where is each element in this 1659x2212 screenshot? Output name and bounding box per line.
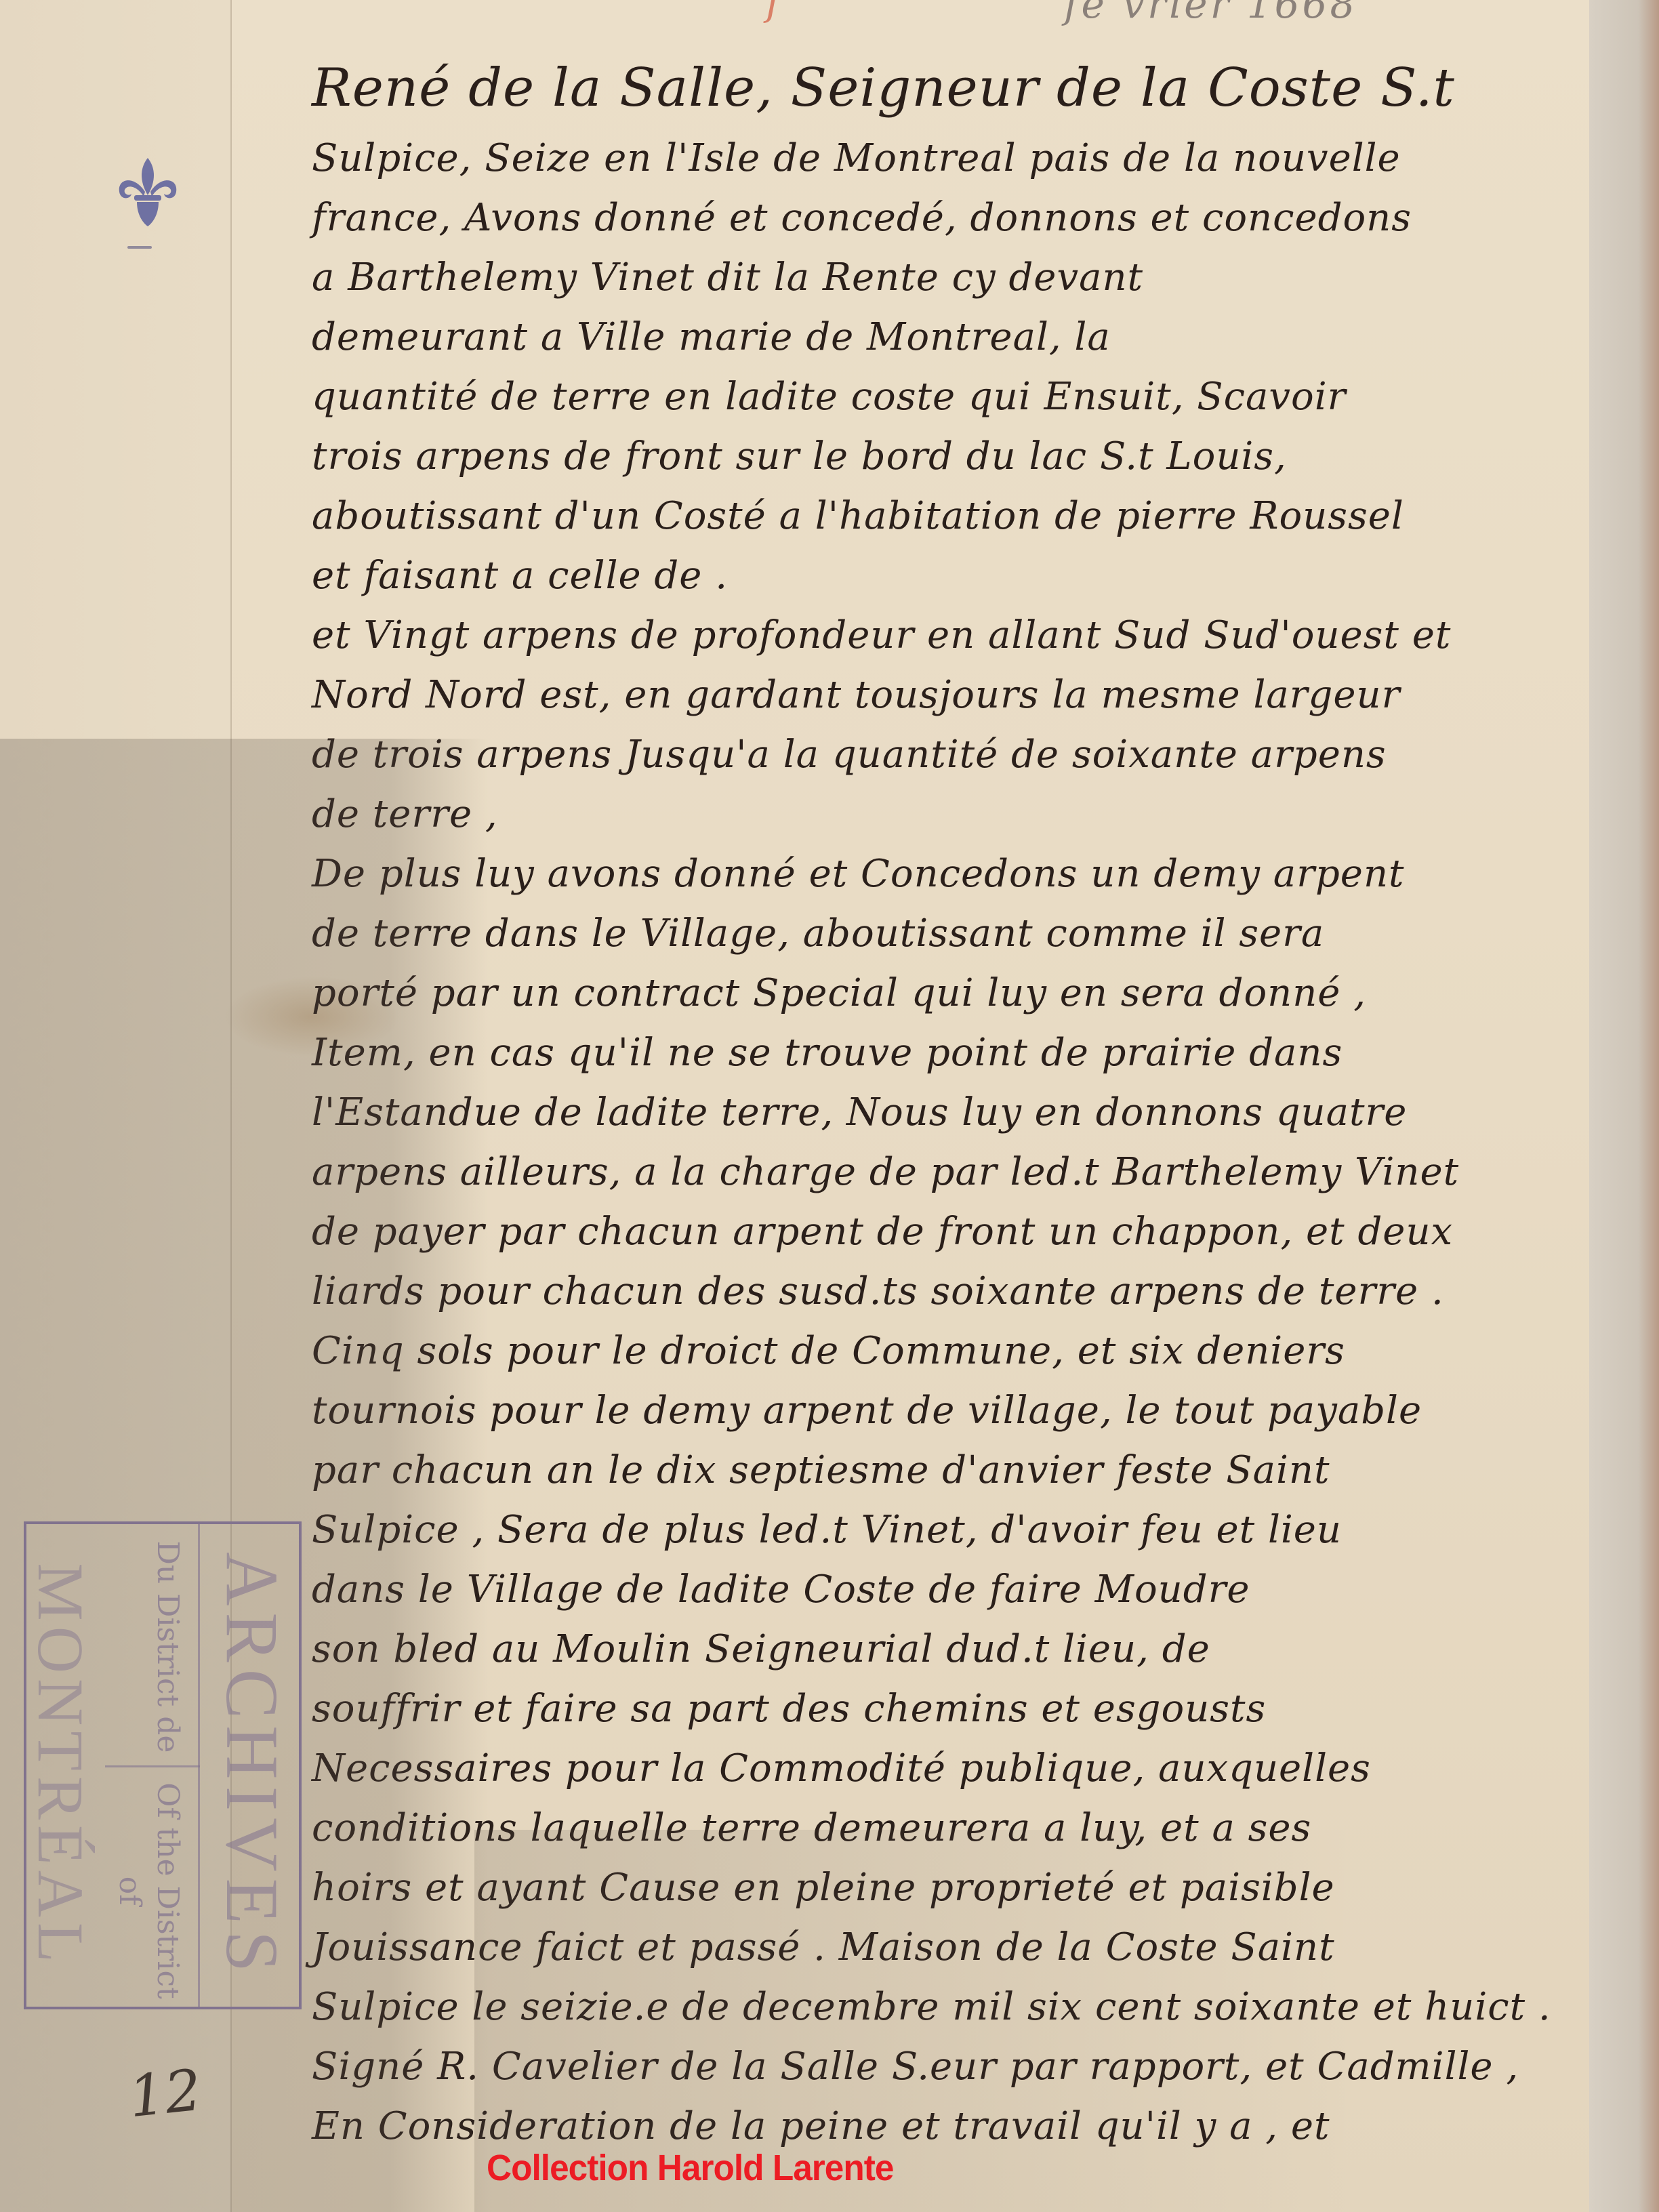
- text-line: Cinq sols pour le droict de Commune, et …: [312, 1322, 1586, 1381]
- text-line: Jouissance faict et passé . Maison de la…: [312, 1918, 1586, 1978]
- stamp-title: ARCHIVES: [209, 1521, 295, 2009]
- fleur-de-lis-icon: [114, 155, 182, 229]
- stamp-label-english: Of the District of: [110, 1779, 186, 2003]
- stamp-city: MONTRÉAL: [23, 1521, 98, 2009]
- text-line: de payer par chacun arpent de front un c…: [312, 1202, 1586, 1262]
- text-line: par chacun an le dix septiesme d'anvier …: [312, 1441, 1586, 1500]
- text-line: l'Estandue de ladite terre, Nous luy en …: [312, 1083, 1586, 1143]
- text-line: dans le Village de ladite Coste de faire…: [312, 1560, 1586, 1620]
- stamp-label-french: Du District de: [148, 1535, 186, 1759]
- page-number: 12: [125, 2057, 205, 2131]
- text-line: Sulpice, Seize en l'Isle de Montreal pai…: [312, 129, 1586, 188]
- text-line: Necessaires pour la Commodité publique, …: [312, 1739, 1586, 1799]
- text-line: son bled au Moulin Seigneurial dud.t lie…: [312, 1620, 1586, 1679]
- text-line: de terre dans le Village, aboutissant co…: [312, 904, 1586, 964]
- background-surface: [1589, 0, 1659, 2212]
- text-line: france, Avons donné et concedé, donnons …: [312, 188, 1586, 248]
- text-line: hoirs et ayant Cause en pleine proprieté…: [312, 1858, 1586, 1918]
- text-line: Sulpice le seizie.e de decembre mil six …: [312, 1978, 1586, 2037]
- text-line: liards pour chacun des susd.ts soixante …: [312, 1262, 1586, 1322]
- text-line: de terre ,: [312, 785, 1586, 844]
- text-line: a Barthelemy Vinet dit la Rente cy devan…: [312, 248, 1586, 308]
- text-line: De plus luy avons donné et Concedons un …: [312, 844, 1586, 904]
- text-line: quantité de terre en ladite coste qui En…: [312, 367, 1586, 427]
- text-line: Sulpice , Sera de plus led.t Vinet, d'av…: [312, 1500, 1586, 1560]
- text-line: demeurant a Ville marie de Montreal, la: [312, 308, 1586, 367]
- text-line: porté par un contract Special qui luy en…: [312, 964, 1586, 1023]
- text-line: et Vingt arpens de profondeur en allant …: [312, 606, 1586, 665]
- manuscript-page: f fé vrier 1668 René de la Salle, Seigne…: [0, 0, 1589, 2212]
- header-annotation-pencil: fé vrier 1668: [1064, 0, 1357, 27]
- collection-watermark: Collection Harold Larente: [487, 2147, 894, 2189]
- text-line: et faisant a celle de .: [312, 546, 1586, 606]
- text-line: Nord Nord est, en gardant tousjours la m…: [312, 665, 1586, 725]
- handwritten-text: René de la Salle, Seigneur de la Coste S…: [312, 47, 1586, 2156]
- stamp-divider: [105, 1765, 200, 1767]
- text-line: tournois pour le demy arpent de village,…: [312, 1381, 1586, 1441]
- text-line: trois arpens de front sur le bord du lac…: [312, 427, 1586, 487]
- text-line: Item, en cas qu'il ne se trouve point de…: [312, 1023, 1586, 1083]
- text-line: souffrir et faire sa part des chemins et…: [312, 1679, 1586, 1739]
- text-line: Signé R. Cavelier de la Salle S.eur par …: [312, 2037, 1586, 2097]
- text-line: aboutissant d'un Costé a l'habitation de…: [312, 487, 1586, 546]
- text-line: René de la Salle, Seigneur de la Coste S…: [312, 47, 1586, 129]
- header-annotation-red: f: [766, 0, 780, 24]
- text-line: de trois arpens Jusqu'a la quantité de s…: [312, 725, 1586, 785]
- margin-mark: [127, 246, 152, 249]
- text-line: arpens ailleurs, a la charge de par led.…: [312, 1143, 1586, 1202]
- text-line: conditions laquelle terre demeurera a lu…: [312, 1799, 1586, 1858]
- archives-stamp: ARCHIVES Du District de Of the District …: [24, 1521, 302, 2009]
